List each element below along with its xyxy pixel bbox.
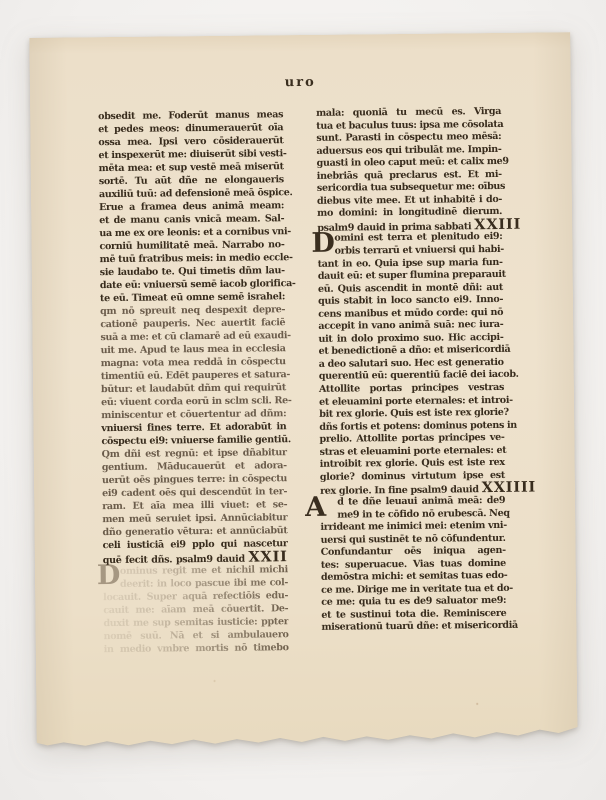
line-text: uit in dolo proximo suo. Hic accipi-	[318, 332, 503, 345]
line-text: quis stabit in loco sancto ei9. Inno-	[318, 294, 503, 307]
line-text: uerūt oēs pingues terre: in cōspectu	[102, 473, 287, 486]
line-text: uersi qui sustinēt te nō cōfundentur.	[321, 532, 506, 545]
line-text: deerit: in loco pascue ibi me col-	[120, 577, 288, 590]
line-text: in medio vmbre mortis nō timebo	[104, 642, 289, 655]
text-column-right: mala: quoniā tu mecū es. Virgatua et bac…	[316, 106, 507, 635]
line-text: bit rex glorie. Quis est iste rex glorie…	[319, 407, 509, 420]
line-text: men meū seruiet ipsi. Annūciabitur	[102, 512, 287, 525]
line-text: corniū humilitatē meā. Narrabo no-	[99, 239, 284, 252]
line-text: timentiū eū. Edēt pauperes et satura-	[101, 369, 290, 382]
line-text: diebus vite mee. Et ut inhabitē i do-	[317, 194, 502, 207]
line-text: dñs fortis et potens: dominus potens in	[319, 419, 517, 432]
text-line: in medio vmbre mortis nō timebo	[104, 641, 289, 656]
line-text: omini est terra et plenitudo ei9:	[334, 231, 502, 244]
line-text: Confundantur oēs iniqua agen-	[321, 545, 506, 558]
line-text: tant in eo. Quia ipse sup maria fun-	[318, 256, 503, 269]
line-text: dauit eū: et super flumina preparauit	[318, 269, 506, 282]
line-text: et pedes meos: dinumerauerūt oīa	[98, 122, 283, 135]
line-text: nomē suū. Nā et si ambulauero	[104, 629, 289, 642]
line-text: mala: quoniā tu mecū es. Virga	[316, 106, 501, 119]
line-text: et te sustinui tota die. Reminiscere	[321, 608, 506, 621]
line-text: cauit me: aīam meā cōuertit. De-	[103, 603, 288, 616]
line-text: Attollite portas principes vestras	[319, 382, 504, 395]
line-text: orbis terrarū et vniuersi qui habi-	[334, 244, 503, 257]
line-text: date eū: vniuersū semē iacob glorifica-	[100, 278, 296, 291]
line-text: vniuersi fines terre. Et adorabūt in	[101, 421, 286, 434]
line-text: et eleuamini porte eternales: et introi-	[319, 394, 513, 407]
psalm-number: XXIIII	[482, 479, 537, 497]
line-text: mē tuū fratribus meis: in medio eccle-	[100, 252, 293, 265]
line-text: stras et eleuamini porte eternales: et	[320, 445, 507, 458]
line-text: uit me. Apud te laus mea in ecclesia	[101, 343, 286, 356]
line-text: cens manibus et mūdo corde: qui nō	[318, 307, 503, 320]
line-text: eū: viuent corda eorū in sclm scli. Re-	[101, 395, 292, 408]
line-text: Erue a framea deus animā meam:	[99, 200, 284, 213]
line-text: miniscentur et cōuertentur ad dñm:	[101, 408, 286, 421]
line-text: ram. Et aīa mea illi viuet: et se-	[102, 499, 287, 512]
line-text: et de manu canis vnicā meam. Sal-	[99, 213, 284, 226]
line-text: sericordia tua subsequetur me: oībus	[317, 181, 505, 194]
line-text: tes: superuacue. Vias tuas domine	[321, 558, 506, 571]
line-text: guasti in oleo caput meū: et calix me9	[317, 156, 509, 169]
line-text: d te dñe leuaui animā meā: de9	[337, 495, 505, 508]
line-text: ossa mea. Ipsi vero cōsiderauerūt	[98, 135, 283, 148]
line-text: eū. Quis ascendit in montē dñi: aut	[318, 282, 503, 295]
line-text: prelio. Attollite portas principes ve-	[319, 432, 504, 445]
line-text: te eū. Timeat eū omne semē israhel:	[100, 291, 285, 304]
line-text: inebriās quā preclarus est. Et mi-	[317, 169, 502, 182]
line-text: ce me. Dirige me in veritate tua et do-	[321, 583, 513, 596]
line-text: suā a me: et cū clamarē ad eū exaudi-	[100, 330, 290, 343]
text-line: miserationū tuarū dñe: et misericordiā	[321, 620, 506, 634]
line-text: cōspectu ei9: vniuerse familie gentiū.	[101, 434, 290, 447]
line-text: auxiliū tuū: ad defensionē meā ōspice.	[99, 187, 293, 200]
running-title: uro	[30, 72, 571, 93]
line-text: sortē. Tu aūt dñe ne elongaueris	[99, 174, 284, 187]
line-text: ua me ex ore leonis: et a cornibus vni-	[99, 226, 291, 239]
text-column-left: obsedit me. Foderūt manus measet pedes m…	[98, 108, 289, 656]
line-text: me9 in te cōfido nō erubescā. Neq	[337, 507, 510, 520]
line-text: dño generatio vētura: et annūciabūt	[102, 525, 287, 538]
line-text: querentiū eū: querentiū faciē dei iacob.	[319, 369, 519, 382]
photo-background: uro obsedit me. Foderūt manus measet ped…	[0, 0, 606, 800]
line-text: introibit rex glorie. Quis est iste rex	[320, 457, 505, 470]
line-text: sunt. Parasti in cōspectu meo mēsā:	[316, 131, 501, 144]
line-text: ei9 cadent oēs qui descendūt in ter-	[102, 486, 287, 499]
line-text: et benedictionē a dño: et misericordiā	[319, 344, 511, 357]
line-text: duxit me sup semitas iusticie: ppter	[103, 616, 288, 629]
line-text: Qm dñi est regnū: et ipse dñabitur	[102, 447, 287, 460]
line-text: locauit. Super aquā refectiōis edu-	[103, 590, 288, 603]
manuscript-leaf: uro obsedit me. Foderūt manus measet ped…	[29, 32, 577, 750]
line-text: cationē pauperis. Nec auertit faciē	[100, 317, 285, 330]
line-text: miserationū tuarū dñe: et misericordiā	[321, 620, 518, 633]
line-text: accepit in vano animā suā: nec iura-	[318, 319, 503, 332]
leaf-shadow: uro obsedit me. Foderūt manus measet ped…	[0, 0, 606, 800]
line-text: sie laudabo te. Qui timetis dñm lau-	[100, 265, 285, 278]
line-text: būtur: et laudabūt dñm qui requirūt	[101, 382, 286, 395]
line-text: ominus regit me et nichil michi	[120, 564, 288, 577]
line-text: qm nō spreuit neq despexit depre-	[100, 304, 285, 317]
line-text: a deo salutari suo. Hec est generatio	[319, 357, 504, 370]
line-text: tua et baculus tuus: ipsa me cōsolata	[316, 118, 503, 131]
line-text: aduersus eos qui tribulāt me. Impin-	[316, 144, 501, 157]
line-text: mēta mea: et sup vestē meā miserūt	[99, 161, 284, 174]
line-text: obsedit me. Foderūt manus meas	[98, 109, 283, 122]
line-text: magna: vota mea reddā in cōspectu	[101, 356, 286, 369]
line-text: gentium. Māducauerūt et adora-	[102, 460, 287, 473]
line-text: demōstra michi: et semitas tuas edo-	[321, 570, 508, 583]
line-text: irrideant me inimici mei: etenim vni-	[320, 520, 507, 533]
line-text: glorie? dominus virtutum ipse est	[320, 470, 505, 483]
line-text: ce me: quia tu es de9 saluator me9:	[321, 595, 506, 608]
line-text: et inspexerūt me: diuiserūt sibi vesti-	[98, 148, 286, 161]
